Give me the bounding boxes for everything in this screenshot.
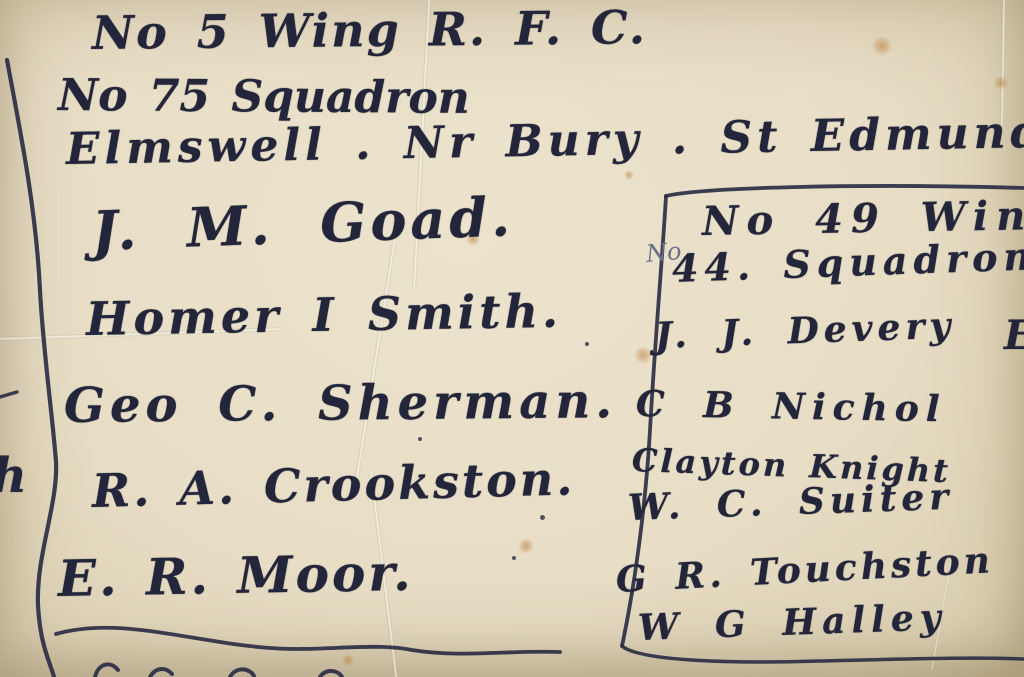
foxing-spot [624,170,634,180]
left-edge-fragment: h [0,452,27,500]
name-moor: E. R. Moor. [58,548,414,604]
name-goad: J. M. Goad. [91,189,515,258]
underline-flourish [56,628,560,654]
name-halley: W G Halley [637,599,947,646]
name-crookston: R. A. Crookston. [91,455,575,514]
left-margin-line [7,60,56,677]
ink-speck [540,515,545,520]
name-smith: Homer I Smith. [86,288,563,342]
fold-crease-right-edge [1000,0,1006,125]
name-sherman: Geo C. Sherman. [64,377,617,430]
header-wing: No 5 Wing R. F. C. [92,4,647,56]
foxing-spot [872,36,892,56]
name-touchston: G R. Touchston [615,542,995,598]
name-devery: J. J. Devery [654,308,956,354]
document-photo: No 5 Wing R. F. C. No 75 Squadron Elmswe… [0,0,1024,677]
foxing-spot [518,538,534,554]
bottom-cutoff-writing [95,664,342,677]
foxing-spot [634,346,652,364]
right-edge-fragment: E [1004,316,1024,356]
ink-speck [512,556,516,560]
box-header-squadron: 44. Squadron [671,237,1024,288]
name-box-bottom-border [622,646,1024,662]
name-nichol: C B Nichol [636,386,947,427]
left-edge-dash [0,392,17,397]
ink-speck [418,437,422,441]
ink-speck [585,342,589,346]
foxing-spot [994,76,1008,90]
header-squadron: No 75 Squadron [58,74,470,121]
name-suiter: W. C. Suiter [627,479,953,526]
foxing-spot [342,654,354,666]
